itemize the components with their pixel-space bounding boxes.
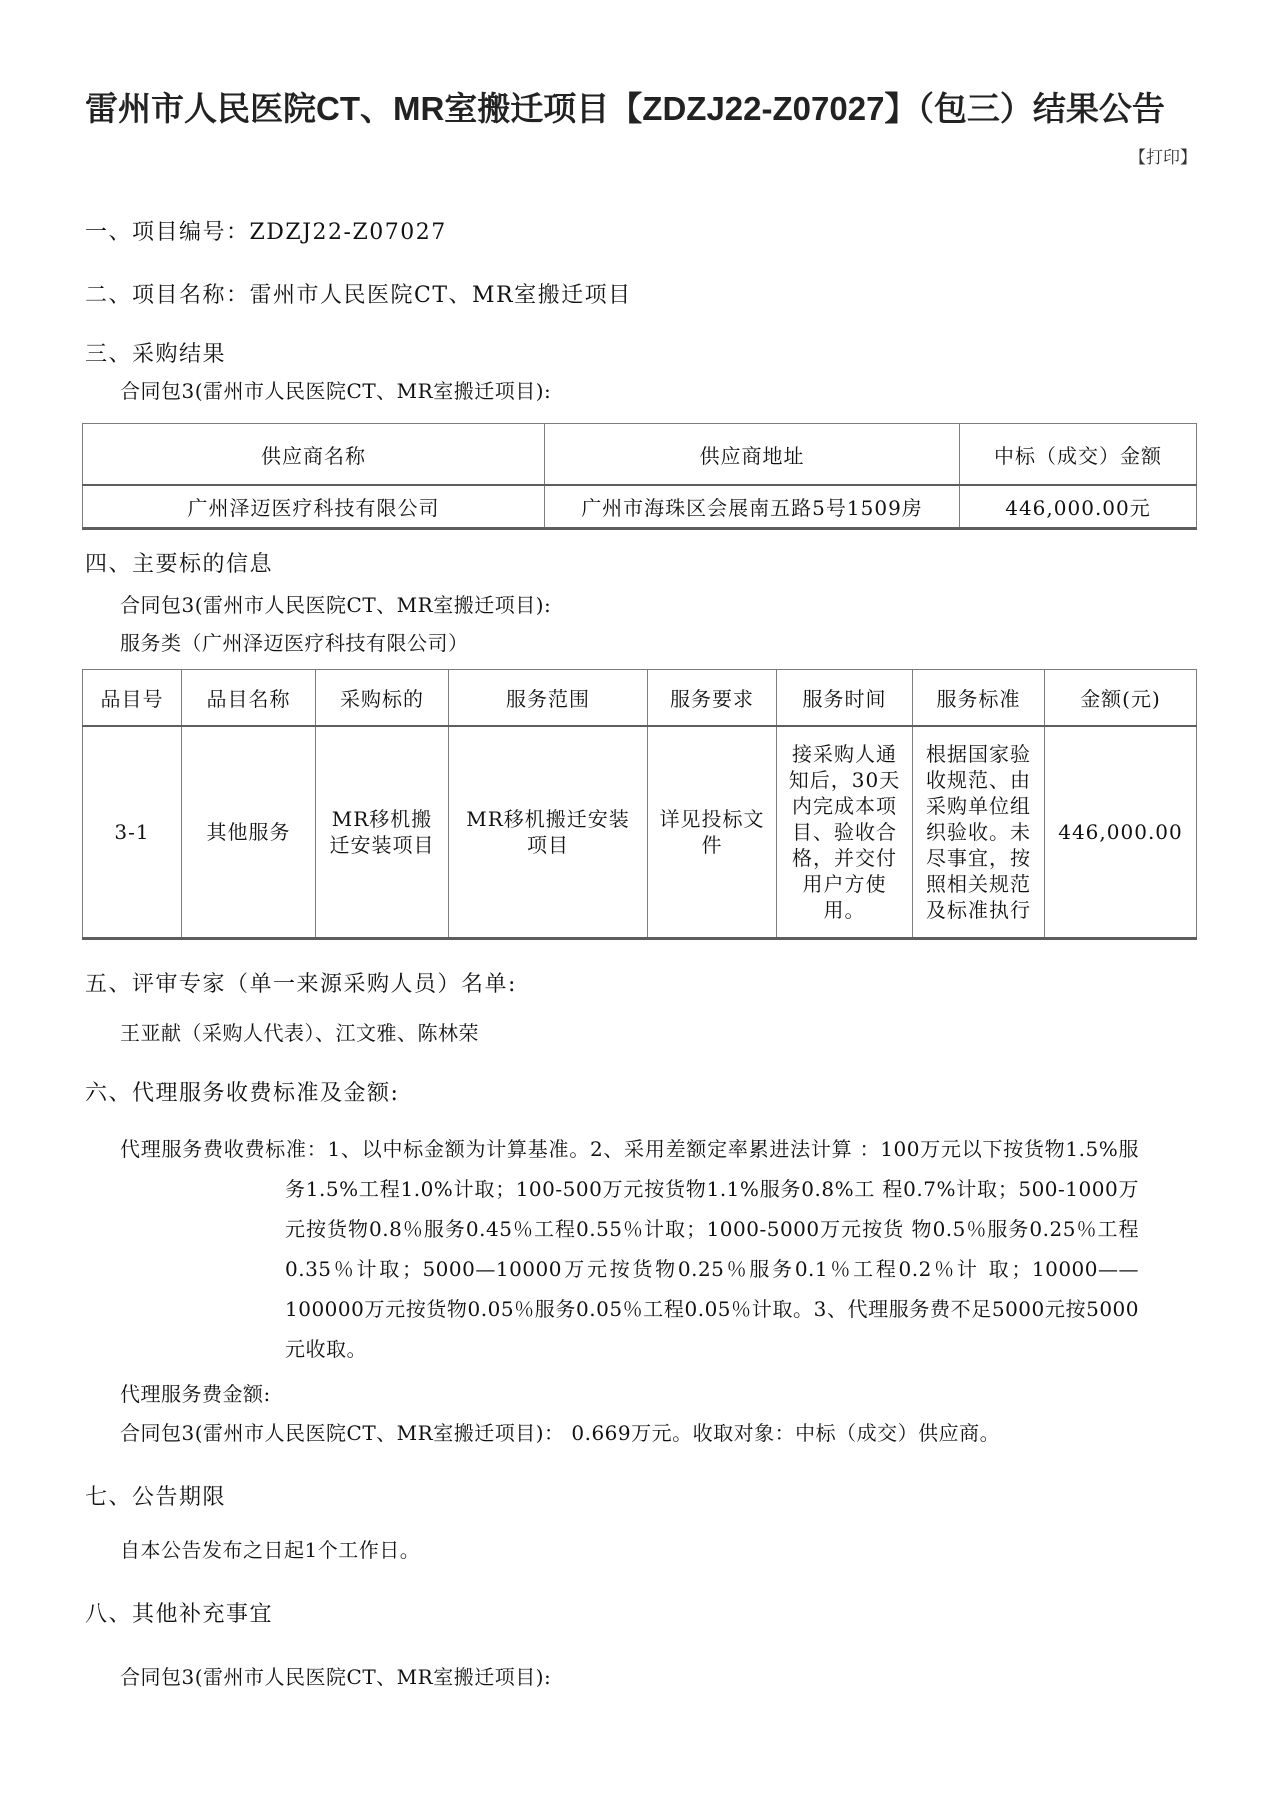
bid-items-row: 3-1 其他服务 MR移机搬迁安装项目 MR移机搬迁安装项目 详见投标文件 接采… — [83, 726, 1197, 939]
section-7-heading: 七、公告期限 — [85, 1483, 1197, 1513]
col-header-item-name: 品目名称 — [182, 670, 316, 726]
service-requirement-cell: 详见投标文件 — [648, 726, 777, 939]
col-header-supplier-name: 供应商名称 — [83, 423, 545, 485]
award-amount-cell: 446,000.00元 — [960, 485, 1197, 529]
col-header-service-standard: 服务标准 — [913, 670, 1045, 726]
agency-fee-amount-line: 合同包3(雷州市人民医院CT、MR室搬迁项目)： 0.669万元。收取对象：中标… — [120, 1420, 1197, 1447]
col-header-service-requirement: 服务要求 — [648, 670, 777, 726]
section-4-heading: 四、主要标的信息 — [85, 550, 1197, 580]
bid-items-table: 品目号 品目名称 采购标的 服务范围 服务要求 服务时间 服务标准 金额(元) … — [82, 669, 1197, 940]
agency-fee-standard: 代理服务费收费标准：1、以中标金额为计算基准。2、采用差额定率累进法计算 ：10… — [120, 1129, 1139, 1369]
section-6-heading: 六、代理服务收费标准及金额: — [85, 1079, 1197, 1109]
section-8-heading: 八、其他补充事宜 — [85, 1600, 1197, 1630]
supplier-address-cell: 广州市海珠区会展南五路5号1509房 — [545, 485, 960, 529]
supplier-table-header-row: 供应商名称 供应商地址 中标（成交）金额 — [83, 423, 1197, 485]
section-1-heading: 一、项目编号：ZDZJ22-Z07027 — [85, 218, 1197, 248]
service-time-cell: 接采购人通知后，30天内完成本项目、验收合格，并交付用户方使用。 — [777, 726, 913, 939]
service-standard-cell: 根据国家验收规范、由采购单位组织验收。未尽事宜，按照相关规范及标准执行 — [913, 726, 1045, 939]
col-header-award-amount: 中标（成交）金额 — [960, 423, 1197, 485]
page-title: 雷州市人民医院CT、MR室搬迁项目【ZDZJ22-Z07027】（包三）结果公告 — [85, 88, 1197, 131]
col-header-amount: 金额(元) — [1045, 670, 1197, 726]
amount-cell: 446,000.00 — [1045, 726, 1197, 939]
section-2-heading: 二、项目名称：雷州市人民医院CT、MR室搬迁项目 — [85, 281, 1197, 311]
announcement-page: 雷州市人民医院CT、MR室搬迁项目【ZDZJ22-Z07027】（包三）结果公告… — [0, 0, 1277, 1811]
agency-fee-amount-label: 代理服务费金额: — [120, 1381, 1197, 1408]
print-row: 【打印】 — [85, 143, 1197, 168]
section-3-package-line: 合同包3(雷州市人民医院CT、MR室搬迁项目): — [120, 378, 1197, 405]
item-no-cell: 3-1 — [83, 726, 182, 939]
supplier-table-row: 广州泽迈医疗科技有限公司 广州市海珠区会展南五路5号1509房 446,000.… — [83, 485, 1197, 529]
supplier-name-cell: 广州泽迈医疗科技有限公司 — [83, 485, 545, 529]
col-header-supplier-address: 供应商地址 — [545, 423, 960, 485]
section-8-package-line: 合同包3(雷州市人民医院CT、MR室搬迁项目): — [120, 1664, 1197, 1691]
section-5-heading: 五、评审专家（单一来源采购人员）名单: — [85, 970, 1197, 1000]
procurement-target-cell: MR移机搬迁安装项目 — [316, 726, 449, 939]
print-button[interactable]: 【打印】 — [1129, 148, 1197, 168]
item-name-cell: 其他服务 — [182, 726, 316, 939]
section-4-category-line: 服务类（广州泽迈医疗科技有限公司） — [120, 630, 1197, 657]
experts-list: 王亚献（采购人代表）、江文雅、陈林荣 — [120, 1020, 1197, 1047]
announcement-period-line: 自本公告发布之日起1个工作日。 — [120, 1537, 1197, 1564]
service-scope-cell: MR移机搬迁安装项目 — [449, 726, 648, 939]
section-4-package-line: 合同包3(雷州市人民医院CT、MR室搬迁项目): — [120, 592, 1197, 619]
supplier-result-table: 供应商名称 供应商地址 中标（成交）金额 广州泽迈医疗科技有限公司 广州市海珠区… — [82, 423, 1197, 531]
col-header-procurement-target: 采购标的 — [316, 670, 449, 726]
col-header-service-scope: 服务范围 — [449, 670, 648, 726]
section-3-heading: 三、采购结果 — [85, 340, 1197, 370]
col-header-service-time: 服务时间 — [777, 670, 913, 726]
col-header-item-no: 品目号 — [83, 670, 182, 726]
bid-items-header-row: 品目号 品目名称 采购标的 服务范围 服务要求 服务时间 服务标准 金额(元) — [83, 670, 1197, 726]
